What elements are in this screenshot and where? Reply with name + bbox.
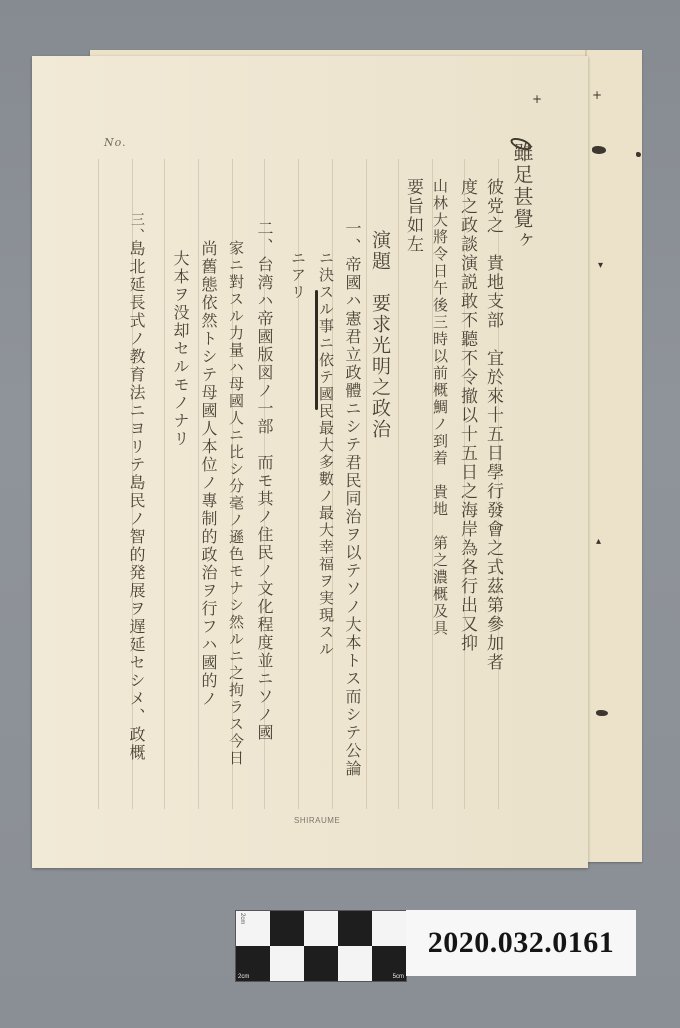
ruled-line (366, 159, 367, 809)
ink-mark: + (532, 92, 542, 106)
ink-blot (592, 146, 606, 154)
ink-blot (596, 710, 608, 716)
ink-blot (636, 152, 641, 157)
manuscript-page: No. SHIRAUME + (32, 56, 588, 868)
ink-mark: ▴ (596, 536, 601, 547)
scale-bar: 2cm 2cm 5cm (236, 911, 406, 981)
scale-label-end: 5cm (393, 974, 404, 980)
catalog-id-card: 2020.032.0161 (406, 910, 636, 976)
handwritten-column: ニ決スル事ニ依テ國民最大多數ノ最大幸福ヲ実現スル (318, 250, 333, 658)
handwritten-column: ニアリ (290, 250, 305, 301)
scale-label-top: 2cm (239, 913, 245, 924)
strikethrough-mark (315, 290, 318, 410)
handwritten-column: 尚舊態依然トシテ母國人本位ノ專制的政治ヲ行フハ國的ノ (200, 240, 216, 708)
handwritten-column: 演題 要求光明之政治 (370, 230, 389, 440)
handwritten-column: 要旨如左 (404, 178, 421, 254)
handwritten-column: 度之政談演説敢不聽不令撤以十五日之海岸為各行出又抑 (458, 178, 475, 653)
handwritten-column: 二、台湾ハ帝國版図ノ一部 而モ其ノ住民ノ文化程度並ニソノ國 (256, 220, 272, 742)
scale-label-start: 2cm (238, 974, 249, 980)
handwritten-column: 彼党之 貴地支部 宜於來十五日學行發會之式茲第參加者 (484, 178, 501, 672)
ink-mark: ▾ (598, 260, 603, 271)
paper-brand: SHIRAUME (294, 816, 340, 825)
handwritten-column: 一、帝國ハ憲君立政體ニシテ君民同治ヲ以テソノ大本トス而シテ公論 (344, 220, 360, 778)
ruled-line (164, 159, 165, 809)
handwritten-column: 大本ヲ没却セルモノナリ (172, 250, 188, 448)
ink-mark: + (592, 88, 602, 102)
handwritten-column: 島北延長式ノ教育法ニヨリテ島民ノ智的発展ヲ遅延セシメ、政概 (128, 240, 144, 762)
ruled-line (98, 159, 99, 809)
object-id: 2020.032.0161 (428, 926, 615, 960)
handwritten-column: 山林大將令日午後三時以前概鯛ノ到着 貴地 第之濃概及具 (432, 178, 447, 637)
handwritten-column: 雖足甚覺ヶ (512, 142, 532, 252)
handwritten-column: 家ニ對スル力量ハ母國人ニ比シ分毫ノ遜色モナシ然ルニ之拘ラス今日 (228, 240, 243, 767)
ruled-line (398, 159, 399, 809)
page-number-label: No. (104, 136, 127, 149)
